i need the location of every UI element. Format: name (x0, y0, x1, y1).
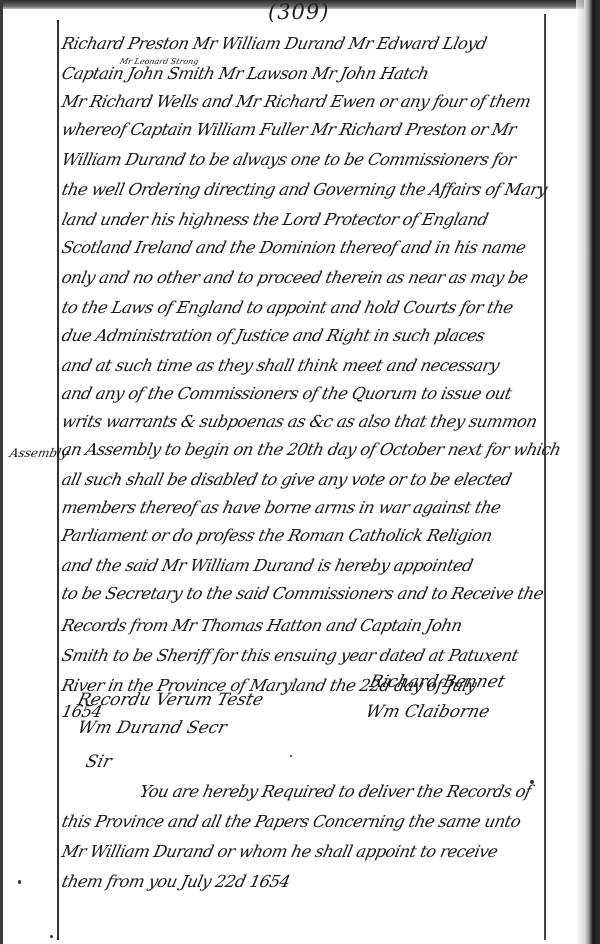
body-line: the well Ordering directing and Governin… (60, 180, 549, 199)
body-line: Records from Mr Thomas Hatton and Captai… (60, 616, 464, 635)
margin-note: Assembly (9, 446, 70, 460)
scan-speck (290, 755, 292, 757)
scan-left-edge (0, 0, 3, 944)
body-line: land under his highness the Lord Protect… (60, 210, 490, 229)
body-line: to be Secretary to the said Commissioner… (60, 584, 545, 603)
scan-speck (18, 880, 21, 884)
body-line: Mr Richard Wells and Mr Richard Ewen or … (60, 92, 532, 111)
body-line: Parliament or do profess the Roman Catho… (60, 526, 494, 545)
body-line: an Assembly to begin on the 20th day of … (60, 440, 562, 459)
closing-line: You are hereby Required to deliver the R… (138, 782, 533, 801)
body-line: Smith to be Sheriff for this ensuing yea… (60, 646, 520, 665)
folio-number: (309) (268, 0, 329, 24)
body-line: and the said Mr William Durand is hereby… (60, 556, 474, 575)
closing-line: them from you July 22d 1654 (60, 872, 292, 891)
right-margin-rule (544, 14, 546, 940)
body-line: only and no other and to proceed therein… (60, 268, 530, 287)
closing-line: this Province and all the Papers Concern… (60, 812, 522, 831)
body-line: due Administration of Justice and Right … (60, 326, 486, 345)
body-line: to the Laws of England to appoint and ho… (60, 298, 515, 317)
body-line: Captain John Smith Mr Lawson Mr John Hat… (60, 64, 430, 83)
body-line: and at such time as they shall think mee… (60, 356, 501, 375)
body-line: Richard Preston Mr William Durand Mr Edw… (60, 34, 488, 53)
left-margin-rule (57, 20, 59, 940)
signature-line: Wm Claiborne (364, 702, 492, 722)
body-line: and any of the Commissioners of the Quor… (60, 384, 513, 403)
salutation: Sir (84, 752, 114, 772)
page-edge-highlight (576, 0, 584, 944)
body-line: William Durand to be always one to be Co… (60, 150, 517, 169)
body-line: Scotland Ireland and the Dominion thereo… (60, 238, 527, 257)
attestation-line: Wm Durand Secr (76, 718, 229, 738)
manuscript-page: (309) Mr Leonard Strong Richard Preston … (0, 0, 600, 944)
scan-speck (50, 935, 53, 938)
body-line: whereof Captain William Fuller Mr Richar… (60, 120, 518, 139)
signature-line: Richard Bennet (368, 672, 508, 692)
body-line: all such shall be disabled to give any v… (60, 470, 513, 489)
body-line: members thereof as have borne arms in wa… (60, 498, 502, 517)
closing-line: Mr William Durand or whom he shall appoi… (60, 842, 499, 861)
body-line: writs warrants & subpoenas as &c as also… (60, 412, 539, 431)
scan-speck (530, 780, 534, 784)
attestation-line: Recordu Verum Teste (76, 690, 266, 710)
book-spine-shadow (584, 0, 600, 944)
